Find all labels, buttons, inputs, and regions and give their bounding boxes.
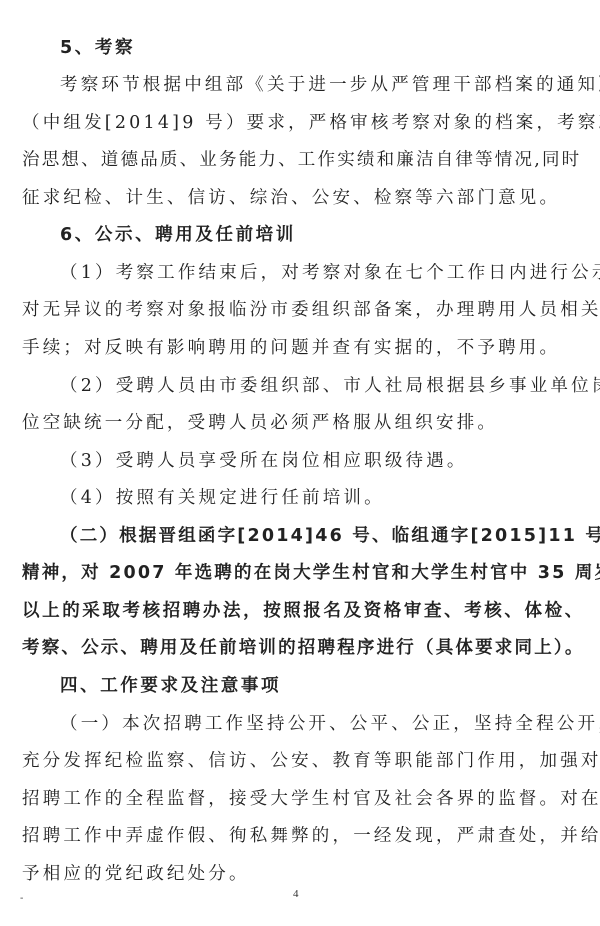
bold-paragraph-line: 精神，对 2007 年选聘的在岗大学生村官和大学生村官中 35 周岁 (22, 555, 582, 592)
page-number: 4 (293, 888, 299, 900)
paragraph-line: 手续；对反映有影响聘用的问题并查有实据的，不予聘用。 (22, 330, 582, 367)
paragraph-line: （2）受聘人员由市委组织部、市人社局根据县乡事业单位岗 (60, 368, 582, 405)
paragraph-line: （4）按照有关规定进行任前培训。 (60, 480, 582, 517)
paragraph-line: 充分发挥纪检监察、信访、公安、教育等职能部门作用，加强对 (22, 743, 582, 780)
paragraph-line: 位空缺统一分配，受聘人员必须严格服从组织安排。 (22, 405, 582, 442)
bold-paragraph-line: 考察、公示、聘用及任前培训的招聘程序进行（具体要求同上）。 (22, 630, 582, 667)
bold-paragraph-line: （二）根据晋组函字[2014]46 号、临组通字[2015]11 号文件 (60, 518, 582, 555)
paragraph-line: 予相应的党纪政纪处分。 (22, 856, 582, 893)
paragraph-line: 招聘工作的全程监督，接受大学生村官及社会各界的监督。对在 (22, 781, 582, 818)
paragraph-line: 征求纪检、计生、信访、综治、公安、检察等六部门意见。 (22, 180, 582, 217)
section-heading-6: 6、公示、聘用及任前培训 (60, 217, 582, 254)
section-heading-5: 5、考察 (60, 30, 582, 67)
paragraph-line: （1）考察工作结束后，对考察对象在七个工作日内进行公示， (60, 255, 582, 292)
bold-paragraph-line: 以上的采取考核招聘办法，按照报名及资格审查、考核、体检、 (22, 593, 582, 630)
paragraph-line: 对无异议的考察对象报临汾市委组织部备案，办理聘用人员相关 (22, 292, 582, 329)
footer-dash: - (20, 893, 23, 904)
paragraph-line: （3）受聘人员享受所在岗位相应职级待遇。 (60, 443, 582, 480)
paragraph-line: 治思想、道德品质、业务能力、工作实绩和廉洁自律等情况,同时 (22, 142, 582, 179)
paragraph-line: 考察环节根据中组部《关于进一步从严管理干部档案的通知》 (60, 67, 582, 104)
paragraph-line: （中组发[2014]9 号）要求，严格审核考察对象的档案，考察政 (22, 105, 582, 142)
paragraph-line: （一）本次招聘工作坚持公开、公平、公正，坚持全程公开， (60, 706, 582, 743)
document-page: 5、考察 考察环节根据中组部《关于进一步从严管理干部档案的通知》 （中组发[20… (0, 0, 600, 926)
paragraph-line: 招聘工作中弄虚作假、徇私舞弊的，一经发现，严肃查处，并给 (22, 818, 582, 855)
section-heading-4: 四、工作要求及注意事项 (60, 668, 582, 705)
